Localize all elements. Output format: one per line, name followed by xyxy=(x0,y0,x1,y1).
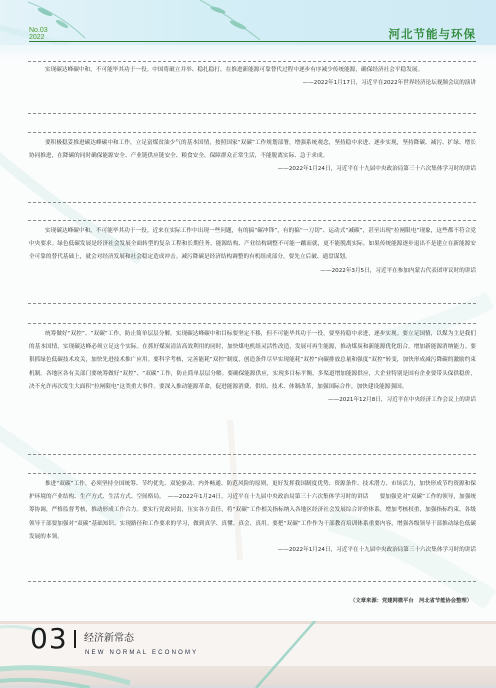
header-band-fade xyxy=(0,45,496,61)
footer-divider-bar xyxy=(74,630,76,648)
page-number: 03 xyxy=(30,625,68,653)
issue-year: 2022 xyxy=(29,34,48,41)
quote-source: ——2022年1月17日，习近平在2022年世界经济论坛视频会议的演讲 xyxy=(29,77,476,89)
quote-source: ——2022年1月24日，习近平在十九届中央政治局第三十六次集体学习时的讲话 xyxy=(29,544,476,556)
section-title-en: NEW NORMAL ECONOMY xyxy=(85,650,198,656)
issue-info: No.03 2022 xyxy=(29,27,48,41)
section-title-cn: 经济新常态 xyxy=(84,629,134,644)
quote-text: 推进“双碳”工作，必须坚持全国统筹、节约优先、双轮驱动、内外畅通、防范风险的原则… xyxy=(29,478,476,544)
magazine-title: 河北节能与环保 xyxy=(389,26,477,42)
divider-dashed xyxy=(28,220,476,221)
divider-dashed xyxy=(28,132,476,133)
quote-block-5: 推进“双碳”工作，必须坚持全国统筹、节约优先、双轮驱动、内外畅通、防范风险的原则… xyxy=(29,478,476,556)
quote-text: 统筹做好“双控”、“双碳”工作，防止简单层层分解。实现碳达峰碳中和目标要坚定不移… xyxy=(29,328,476,394)
divider-dashed xyxy=(28,303,476,304)
quote-source: ——2022年3月5日，习近平在参加内蒙古代表团审议时的讲话 xyxy=(29,265,476,277)
article-credit: （文章来源：党建网微平台 河北省节能协会整理） xyxy=(350,596,472,604)
divider-dashed xyxy=(28,581,476,582)
divider-dashed xyxy=(28,202,476,203)
divider-dashed xyxy=(28,113,476,114)
quote-block-4: 统筹做好“双控”、“双碳”工作，防止简单层层分解。实现碳达峰碳中和目标要坚定不移… xyxy=(29,328,476,406)
divider-dashed xyxy=(28,473,476,474)
issue-number: No.03 xyxy=(29,27,48,34)
quote-block-2: 要积极稳妥推进碳达峰碳中和工作，立足富煤贫油少气的基本国情，按照国家“双碳”工作… xyxy=(29,137,476,175)
divider-dashed xyxy=(28,61,476,62)
quote-source: ——2022年1月24日，习近平在十九届中央政治局第三十六次集体学习时的讲话 xyxy=(29,163,476,175)
divider-dashed xyxy=(28,454,476,455)
quote-block-3: 实现碳达峰碳中和，不可能毕其功于一役。近来在实际工作中出现一些问题，有的搞“碳冲… xyxy=(29,225,476,277)
quote-text: 实现碳达峰碳中和，不可能毕其功于一役。中国将破立并举、稳扎稳打，在推进新能源可靠… xyxy=(29,64,476,77)
quote-text: 实现碳达峰碳中和，不可能毕其功于一役。近来在实际工作中出现一些问题，有的搞“碳冲… xyxy=(29,225,476,265)
quote-source: ——2021年12月8日，习近平在中央经济工作会议上的讲话 xyxy=(29,394,476,406)
quote-text: 要积极稳妥推进碳达峰碳中和工作，立足富煤贫油少气的基本国情，按照国家“双碳”工作… xyxy=(29,137,476,163)
divider-dashed xyxy=(28,323,476,324)
header-rule xyxy=(29,41,476,42)
quote-block-1: 实现碳达峰碳中和，不可能毕其功于一役。中国将破立并举、稳扎稳打，在推进新能源可靠… xyxy=(29,64,476,89)
